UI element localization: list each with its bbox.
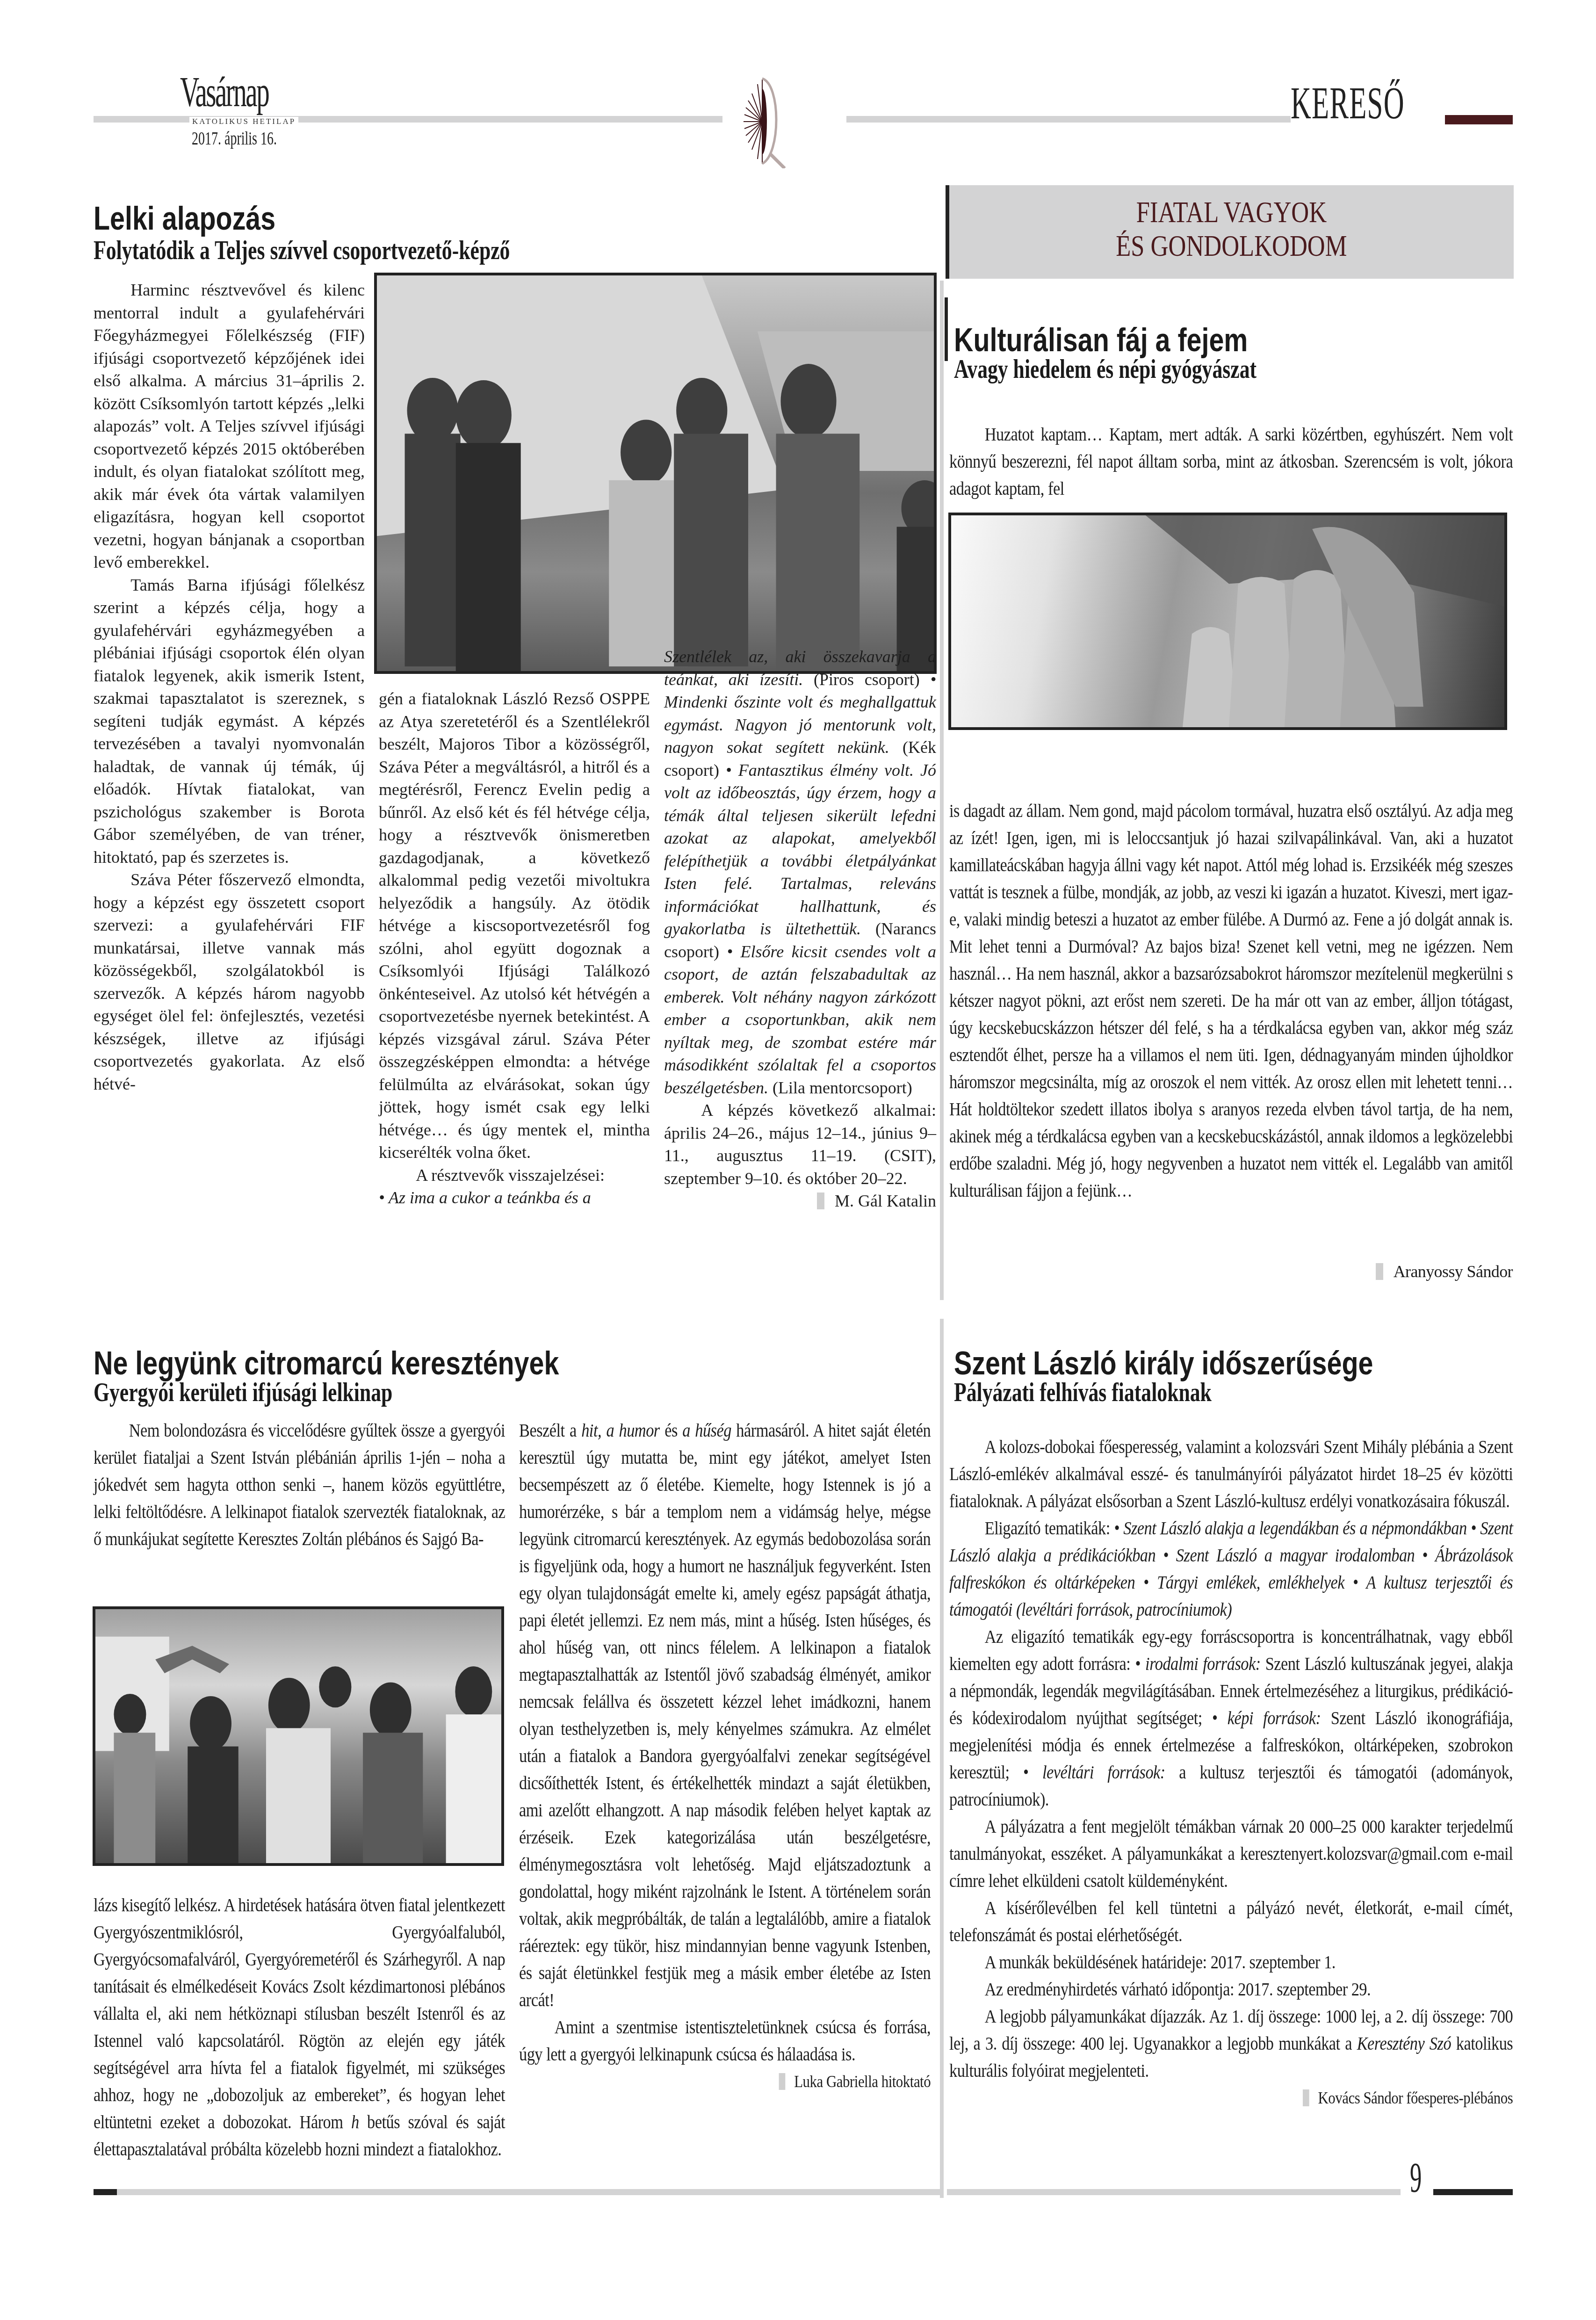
- article-body: A kolozs-dobokai főesperesség, valamint …: [949, 1433, 1513, 2111]
- article-column-1: Harminc résztvevővel és kilenc mentorral…: [94, 279, 365, 1095]
- byline: Aranyossy Sándor: [949, 1258, 1513, 1285]
- article-subtitle: Gyergyói kerületi ifjúsági lelkinap: [94, 1380, 392, 1406]
- section-name: KERESŐ: [1291, 80, 1405, 126]
- column-header-box: FIATAL VAGYOK ÉS GONDOLKODOM: [946, 185, 1514, 279]
- footer-rule-left: [117, 2189, 942, 2195]
- article-subtitle: Avagy hiedelem és népi gyógyászat: [954, 356, 1257, 383]
- article-title: Lelki alapozás: [94, 202, 275, 235]
- paragraph: A kísérőlevélben fel kell tüntetni a pál…: [949, 1894, 1513, 1949]
- paragraph: A pályázatra a fent megjelölt témákban v…: [949, 1813, 1513, 1894]
- author: Luka Gabriella hitoktató: [794, 2072, 931, 2091]
- page-number: 9: [1410, 2156, 1422, 2199]
- article-title: Szent László király időszerűsége: [954, 1347, 1373, 1380]
- paragraph: Száva Péter főszervező elmondta, hogy a …: [94, 868, 365, 1095]
- paragraph: A munkák beküldésének határideje: 2017. …: [949, 1949, 1513, 1976]
- article-column-1: Nem bolondozásra és viccelődésre gyűltek…: [94, 1417, 505, 1553]
- title-marker: [945, 297, 948, 361]
- feedback-quote: • Elsőre kicsit csendes volt a csoport, …: [664, 942, 936, 1097]
- feedback-quote: • Az ima a cukor a teánkba és a: [379, 1186, 650, 1209]
- author: Aranyossy Sándor: [1394, 1262, 1513, 1281]
- paragraph: A kolozs-dobokai főesperesség, valamint …: [949, 1433, 1513, 1515]
- paragraph: Amint a szentmise istentiszteletünknek c…: [519, 2014, 931, 2068]
- paragraph: Nem bolondozásra és viccelődésre gyűltek…: [94, 1417, 505, 1553]
- article-subtitle: Folytatódik a Teljes szívvel csoportveze…: [94, 238, 510, 264]
- footer-mark-right: [1433, 2189, 1513, 2195]
- feedback-block: Szentlélek az, aki összekavarja a teánka…: [664, 645, 936, 1099]
- byline-marker: [779, 2073, 786, 2090]
- paragraph: Harminc résztvevővel és kilenc mentorral…: [94, 279, 365, 574]
- article-column-3: Szentlélek az, aki összekavarja a teánka…: [664, 645, 936, 1213]
- article-title: Ne legyünk citromarcú keresztények: [94, 1347, 559, 1380]
- byline-marker: [817, 1193, 824, 1209]
- column-divider: [940, 1319, 944, 2198]
- masthead-subtitle: KATOLIKUS HETILAP: [189, 117, 298, 126]
- article-photo: [93, 1606, 504, 1866]
- article-photo: [948, 513, 1507, 730]
- article-column-2: Beszélt a hit, a humor és a hűség hármas…: [519, 1417, 931, 2095]
- group-of-youth-image-icon: [377, 275, 934, 671]
- article-column-1-cont: lázs kisegítő lelkész. A hirdetések hatá…: [94, 1892, 505, 2163]
- author: Kovács Sándor főesperes-plébános: [1318, 2089, 1513, 2107]
- header-rule-left: [94, 116, 722, 123]
- feedback-quote: • Fantasztikus élmény volt. Jó volt az i…: [664, 761, 936, 939]
- footer-mark-left: [94, 2189, 117, 2195]
- byline-marker: [1303, 2089, 1309, 2106]
- column-divider: [940, 281, 944, 1300]
- paragraph: Az eredményhirdetés várható időpontja: 2…: [949, 1976, 1513, 2003]
- group-label: (Lila mentorcsoport): [768, 1078, 912, 1097]
- paragraph: lázs kisegítő lelkész. A hirdetések hatá…: [94, 1892, 505, 2163]
- masthead-title: Vasárnap: [180, 70, 268, 113]
- paragraph: Eligazító tematikák: • Szent László alak…: [949, 1515, 1513, 1623]
- byline-marker: [1376, 1263, 1383, 1280]
- youth-in-garden-image-icon: [95, 1609, 501, 1863]
- header-rule-right: [846, 116, 1291, 123]
- article-column-2: gén a fiataloknak László Rezső OSPPE az …: [379, 687, 650, 1209]
- paragraph: Beszélt a hit, a humor és a hűség hármas…: [519, 1417, 931, 2014]
- hand-on-head-image-icon: [951, 515, 1504, 727]
- article-intro: Huzatot kaptam… Kaptam, mert adták. A sa…: [949, 421, 1513, 502]
- group-label: (Piros csoport): [803, 670, 930, 689]
- author: M. Gál Katalin: [835, 1192, 936, 1210]
- issue-date: 2017. április 16.: [192, 127, 277, 149]
- article-subtitle: Pályázati felhívás fiataloknak: [954, 1380, 1212, 1406]
- paragraph: gén a fiataloknak László Rezső OSPPE az …: [379, 687, 650, 1164]
- footer-rule-right: [947, 2189, 1401, 2195]
- byline: M. Gál Katalin: [664, 1190, 936, 1213]
- paragraph: A legjobb pályamunkákat díjazzák. Az 1. …: [949, 2003, 1513, 2084]
- byline: Luka Gabriella hitoktató: [519, 2068, 931, 2095]
- column-header-title: FIATAL VAGYOK ÉS GONDOLKODOM: [949, 195, 1514, 263]
- paragraph: A résztvevők visszajelzései:: [379, 1164, 650, 1187]
- section-mark: [1445, 115, 1513, 124]
- schedule-paragraph: A képzés következő alkalmai: április 24–…: [664, 1099, 936, 1190]
- article-body: is dagadt az állam. Nem gond, majd pácol…: [949, 797, 1513, 1204]
- byline: Kovács Sándor főesperes-plébános: [949, 2084, 1513, 2111]
- article-photo: [374, 273, 937, 674]
- paragraph: Tamás Barna ifjúsági főlelkész szerint a…: [94, 574, 365, 869]
- paragraph: Az eligazító tematikák egy-egy forráscso…: [949, 1623, 1513, 1813]
- article-title: Kulturálisan fáj a fejem: [954, 324, 1248, 356]
- magnifier-sun-logo-icon: [729, 75, 804, 168]
